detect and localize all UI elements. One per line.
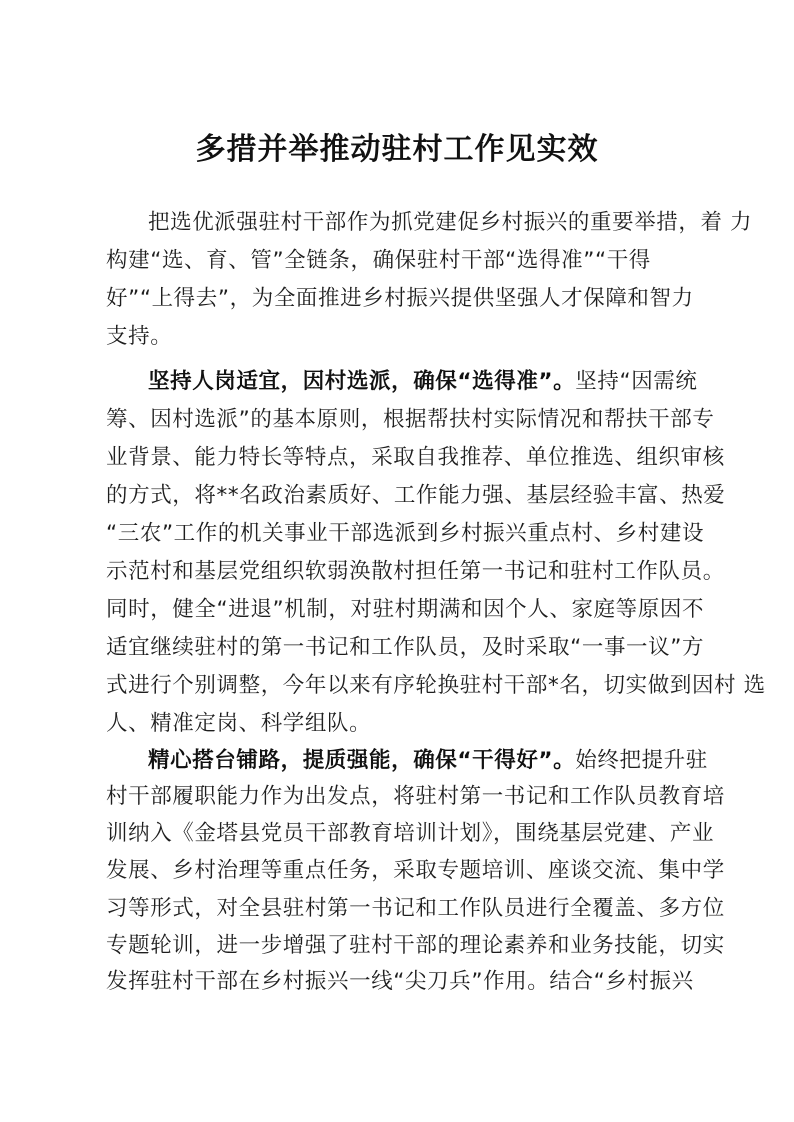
paragraph-2-line-3: 业背景、能力特长等特点，采取自我推荐、单位推选、组织审核	[106, 439, 696, 477]
paragraph-2-line-2: 筹、因村选派”的基本原则，根据帮扶村实际情况和帮扶干部专	[106, 401, 696, 439]
paragraph-3-line-3: 训纳入《金塔县党员干部教育培训计划》，围绕基层党建、产业	[106, 815, 696, 853]
paragraph-2-line-9: 式进行个别调整，今年以来有序轮换驻村干部*名，切实做到因村 选	[106, 667, 696, 705]
paragraph-3-first-line-rest: 始终把提升驻	[575, 748, 708, 773]
paragraph-3-line-6: 专题轮训，进一步增强了驻村干部的理论素养和业务技能，切实	[106, 927, 696, 965]
document-page: 多措并举推动驻村工作见实效 把选优派强驻村干部作为抓党建促乡村振兴的重要举措，着…	[0, 0, 794, 1122]
paragraph-1-line-3: 好”“上得去”，为全面推进乡村振兴提供坚强人才保障和智力	[106, 280, 696, 318]
paragraph-3-line-1: 精心搭台铺路，提质强能，确保“干得好”。始终把提升驻	[148, 742, 738, 780]
paragraph-3-line-7: 发挥驻村干部在乡村振兴一线“尖刀兵”作用。结合“乡村振兴	[106, 963, 696, 1001]
paragraph-3-line-4: 发展、乡村治理等重点任务，采取专题培训、座谈交流、集中学	[106, 852, 696, 890]
paragraph-1-line-4: 支持。	[106, 318, 696, 356]
paragraph-2-line-10: 人、精准定岗、科学组队。	[106, 705, 696, 743]
paragraph-2-heading: 坚持人岗适宜，因村选派，确保“选得准”。	[148, 369, 575, 394]
paragraph-3-line-5: 习等形式，对全县驻村第一书记和工作队员进行全覆盖、多方位	[106, 890, 696, 928]
paragraph-2-line-1: 坚持人岗适宜，因村选派，确保“选得准”。坚持“因需统	[148, 363, 738, 401]
paragraph-2-line-7: 同时，健全“进退”机制，对驻村期满和因个人、家庭等原因不	[106, 591, 696, 629]
paragraph-2-line-4: 的方式，将**名政治素质好、工作能力强、基层经验丰富、热爱	[106, 477, 696, 515]
paragraph-2-line-6: 示范村和基层党组织软弱涣散村担任第一书记和驻村工作队员。	[106, 553, 696, 591]
paragraph-1-line-2: 构建“选、育、管”全链条，确保驻村干部“选得准”“干得	[106, 242, 696, 280]
paragraph-1-line-1: 把选优派强驻村干部作为抓党建促乡村振兴的重要举措，着 力	[148, 204, 738, 242]
paragraph-2-line-5: “三农”工作的机关事业干部选派到乡村振兴重点村、乡村建设	[106, 515, 696, 553]
paragraph-3-heading: 精心搭台铺路，提质强能，确保“干得好”。	[148, 748, 575, 773]
document-title: 多措并举推动驻村工作见实效	[0, 130, 794, 170]
paragraph-2-line-8: 适宜继续驻村的第一书记和工作队员，及时采取“一事一议”方	[106, 629, 696, 667]
paragraph-3-line-2: 村干部履职能力作为出发点，将驻村第一书记和工作队员教育培	[106, 778, 696, 816]
paragraph-2-first-line-rest: 坚持“因需统	[575, 369, 697, 394]
